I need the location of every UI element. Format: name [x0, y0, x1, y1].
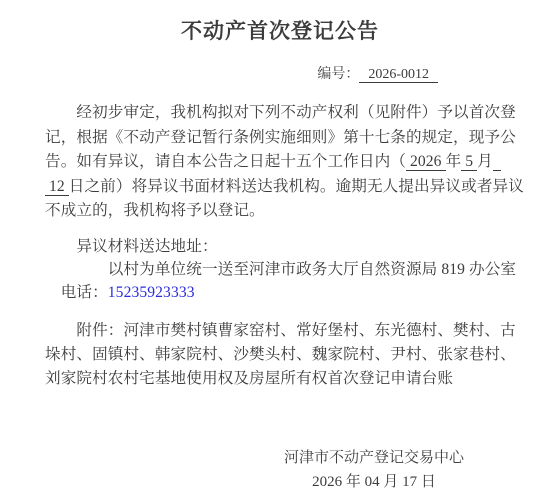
fill-in-underline: 2026 [406, 153, 446, 171]
attachment-line: 刘家院村农村宅基地使用权及房屋所有权首次登记申请台账 [45, 367, 515, 391]
body-line: 经初步审定，我机构拟对下列不动产权利（见附件）予以首次登 [45, 101, 515, 126]
address-block: 异议材料送达地址： 以村为单位统一送至河津市政务大厅自然资源局 819 办公室 … [45, 235, 515, 304]
body-line: 不成立的，我机构将予以登记。 [45, 199, 515, 224]
issue-date: 2026 年 04 月 17 日 [262, 470, 486, 495]
text-segment: 电话： [45, 284, 108, 301]
attachment-line: 垛村、固镇村、韩家院村、沙樊头村、魏家院村、尹村、张家巷村、 [45, 343, 515, 367]
phone-link[interactable]: 15235923333 [108, 284, 195, 301]
doc-title: 不动产首次登记公告 [45, 18, 515, 44]
attachment-line: 附件：河津市樊村镇曹家窑村、常好堡村、东光德村、樊村、古 [45, 319, 515, 343]
doc-number-value: 2026-0012 [359, 67, 438, 83]
text-segment: 垛村、固镇村、韩家院村、沙樊头村、魏家院村、尹村、张家巷村、 [45, 346, 516, 363]
address-line: 以村为单位统一送至河津市政务大厅自然资源局 819 办公室 [45, 258, 515, 281]
text-segment: 日之前）将异议书面材料送达我机构。逾期无人提出异议或者异议 [69, 178, 524, 195]
text-segment: 异议材料送达地址： [45, 238, 218, 255]
text-segment: 刘家院村农村宅基地使用权及房屋所有权首次登记申请台账 [45, 370, 453, 387]
text-segment: 年 [446, 153, 462, 170]
body-line: 告。如有异议，请自本公告之日起十五个工作日内（ 2026 年 5 月 [45, 150, 515, 175]
text-segment: 记，根据《不动产登记暂行条例实施细则》第十七条的规定，现予公 [45, 129, 516, 146]
issuer-name: 河津市不动产登记交易中心 [262, 446, 486, 471]
fill-in-underline: 5 [461, 153, 477, 171]
attachment-block: 附件：河津市樊村镇曹家窑村、常好堡村、东光德村、樊村、古垛村、固镇村、韩家院村、… [45, 319, 515, 391]
announcement-document: 不动产首次登记公告 编号：2026-0012 经初步审定，我机构拟对下列不动产权… [0, 0, 560, 500]
address-line: 异议材料送达地址： [45, 235, 515, 258]
doc-number-label: 编号： [317, 67, 359, 82]
body-line: 12 日之前）将异议书面材料送达我机构。逾期无人提出异议或者异议 [45, 175, 515, 200]
body-line: 记，根据《不动产登记暂行条例实施细则》第十七条的规定，现予公 [45, 126, 515, 151]
fill-in-underline [493, 153, 501, 171]
text-segment: 附件：河津市樊村镇曹家窑村、常好堡村、东光德村、樊村、古 [45, 322, 516, 339]
body-paragraph: 经初步审定，我机构拟对下列不动产权利（见附件）予以首次登记，根据《不动产登记暂行… [45, 101, 515, 224]
fill-in-underline: 12 [45, 178, 69, 196]
text-segment: 不成立的，我机构将予以登记。 [45, 202, 265, 219]
text-segment: 经初步审定，我机构拟对下列不动产权利（见附件）予以首次登 [45, 104, 516, 121]
text-segment: 告。如有异议，请自本公告之日起十五个工作日内（ [45, 153, 406, 170]
signature-block: 河津市不动产登记交易中心 2026 年 04 月 17 日 [262, 446, 486, 495]
text-segment: 以村为单位统一送至河津市政务大厅自然资源局 819 办公室 [45, 261, 516, 278]
text-segment: 月 [477, 153, 493, 170]
address-line: 电话：15235923333 [45, 281, 515, 304]
doc-number-row: 编号：2026-0012 [45, 66, 515, 84]
